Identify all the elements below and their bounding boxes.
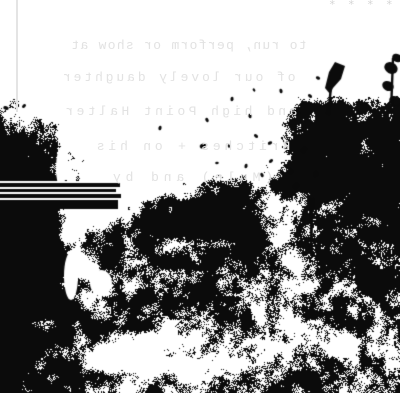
photo-halftone-canvas bbox=[0, 0, 400, 393]
bleed-text-line-3: and high Point Halter bbox=[62, 104, 297, 119]
bleed-text-line-1: to run, perform or show at bbox=[70, 38, 307, 53]
bleed-text-line-5: (Mule) and by bbox=[108, 170, 273, 185]
corner-marks: * * * * bbox=[330, 0, 398, 11]
bleed-text-line-4: Britches + on his bbox=[93, 139, 290, 154]
scanned-photo-page: * * * * to run, perform or show at of ou… bbox=[0, 0, 400, 393]
page-fold-line bbox=[16, 0, 18, 112]
bleed-text-line-2: of our lovely daughter bbox=[60, 70, 295, 85]
